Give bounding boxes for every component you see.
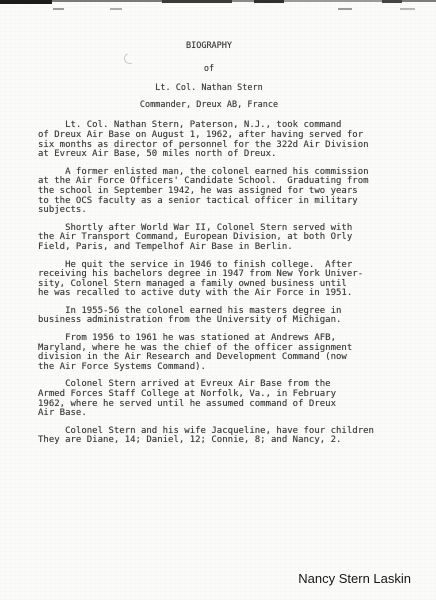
scan-edge-segment [162,0,232,3]
document-title-of: of [38,65,380,75]
scan-edge-dash [338,8,352,10]
paragraph: Shortly after World War II, Colonel Ster… [38,224,380,253]
paragraph: From 1956 to 1961 he was stationed at An… [38,334,380,372]
document-body: BIOGRAPHY of Lt. Col. Nathan Stern Comma… [38,42,380,454]
scanned-biography-page: BIOGRAPHY of Lt. Col. Nathan Stern Comma… [0,0,436,600]
paragraph: A former enlisted man, the colonel earne… [38,168,380,216]
scan-edge-dash [53,8,64,10]
scan-edge-dash [110,8,122,10]
paragraph: He quit the service in 1946 to finish co… [38,261,380,299]
scan-edge-segment [254,0,284,3]
scan-edge-artifact [0,0,436,12]
scan-edge-segment [52,0,162,2]
document-title: BIOGRAPHY [38,42,380,52]
scan-edge-segment [0,0,52,4]
paragraph: Colonel Stern arrived at Evreux Air Base… [38,380,380,418]
document-subject-role: Commander, Dreux AB, France [38,101,380,111]
scan-edge-segment [402,0,436,2]
paragraph: Lt. Col. Nathan Stern, Paterson, N.J., t… [38,121,380,159]
paragraph: Colonel Stern and his wife Jacqueline, h… [38,427,380,446]
document-subject-name: Lt. Col. Nathan Stern [38,84,380,94]
paragraphs: Lt. Col. Nathan Stern, Paterson, N.J., t… [38,121,380,446]
attribution-caption: Nancy Stern Laskin [298,571,411,586]
scan-edge-dash [400,8,415,10]
scan-edge-segment [284,0,382,2]
scan-edge-segment [382,0,402,3]
scan-edge-segment [232,0,254,2]
paragraph: In 1955-56 the colonel earned his master… [38,307,380,326]
